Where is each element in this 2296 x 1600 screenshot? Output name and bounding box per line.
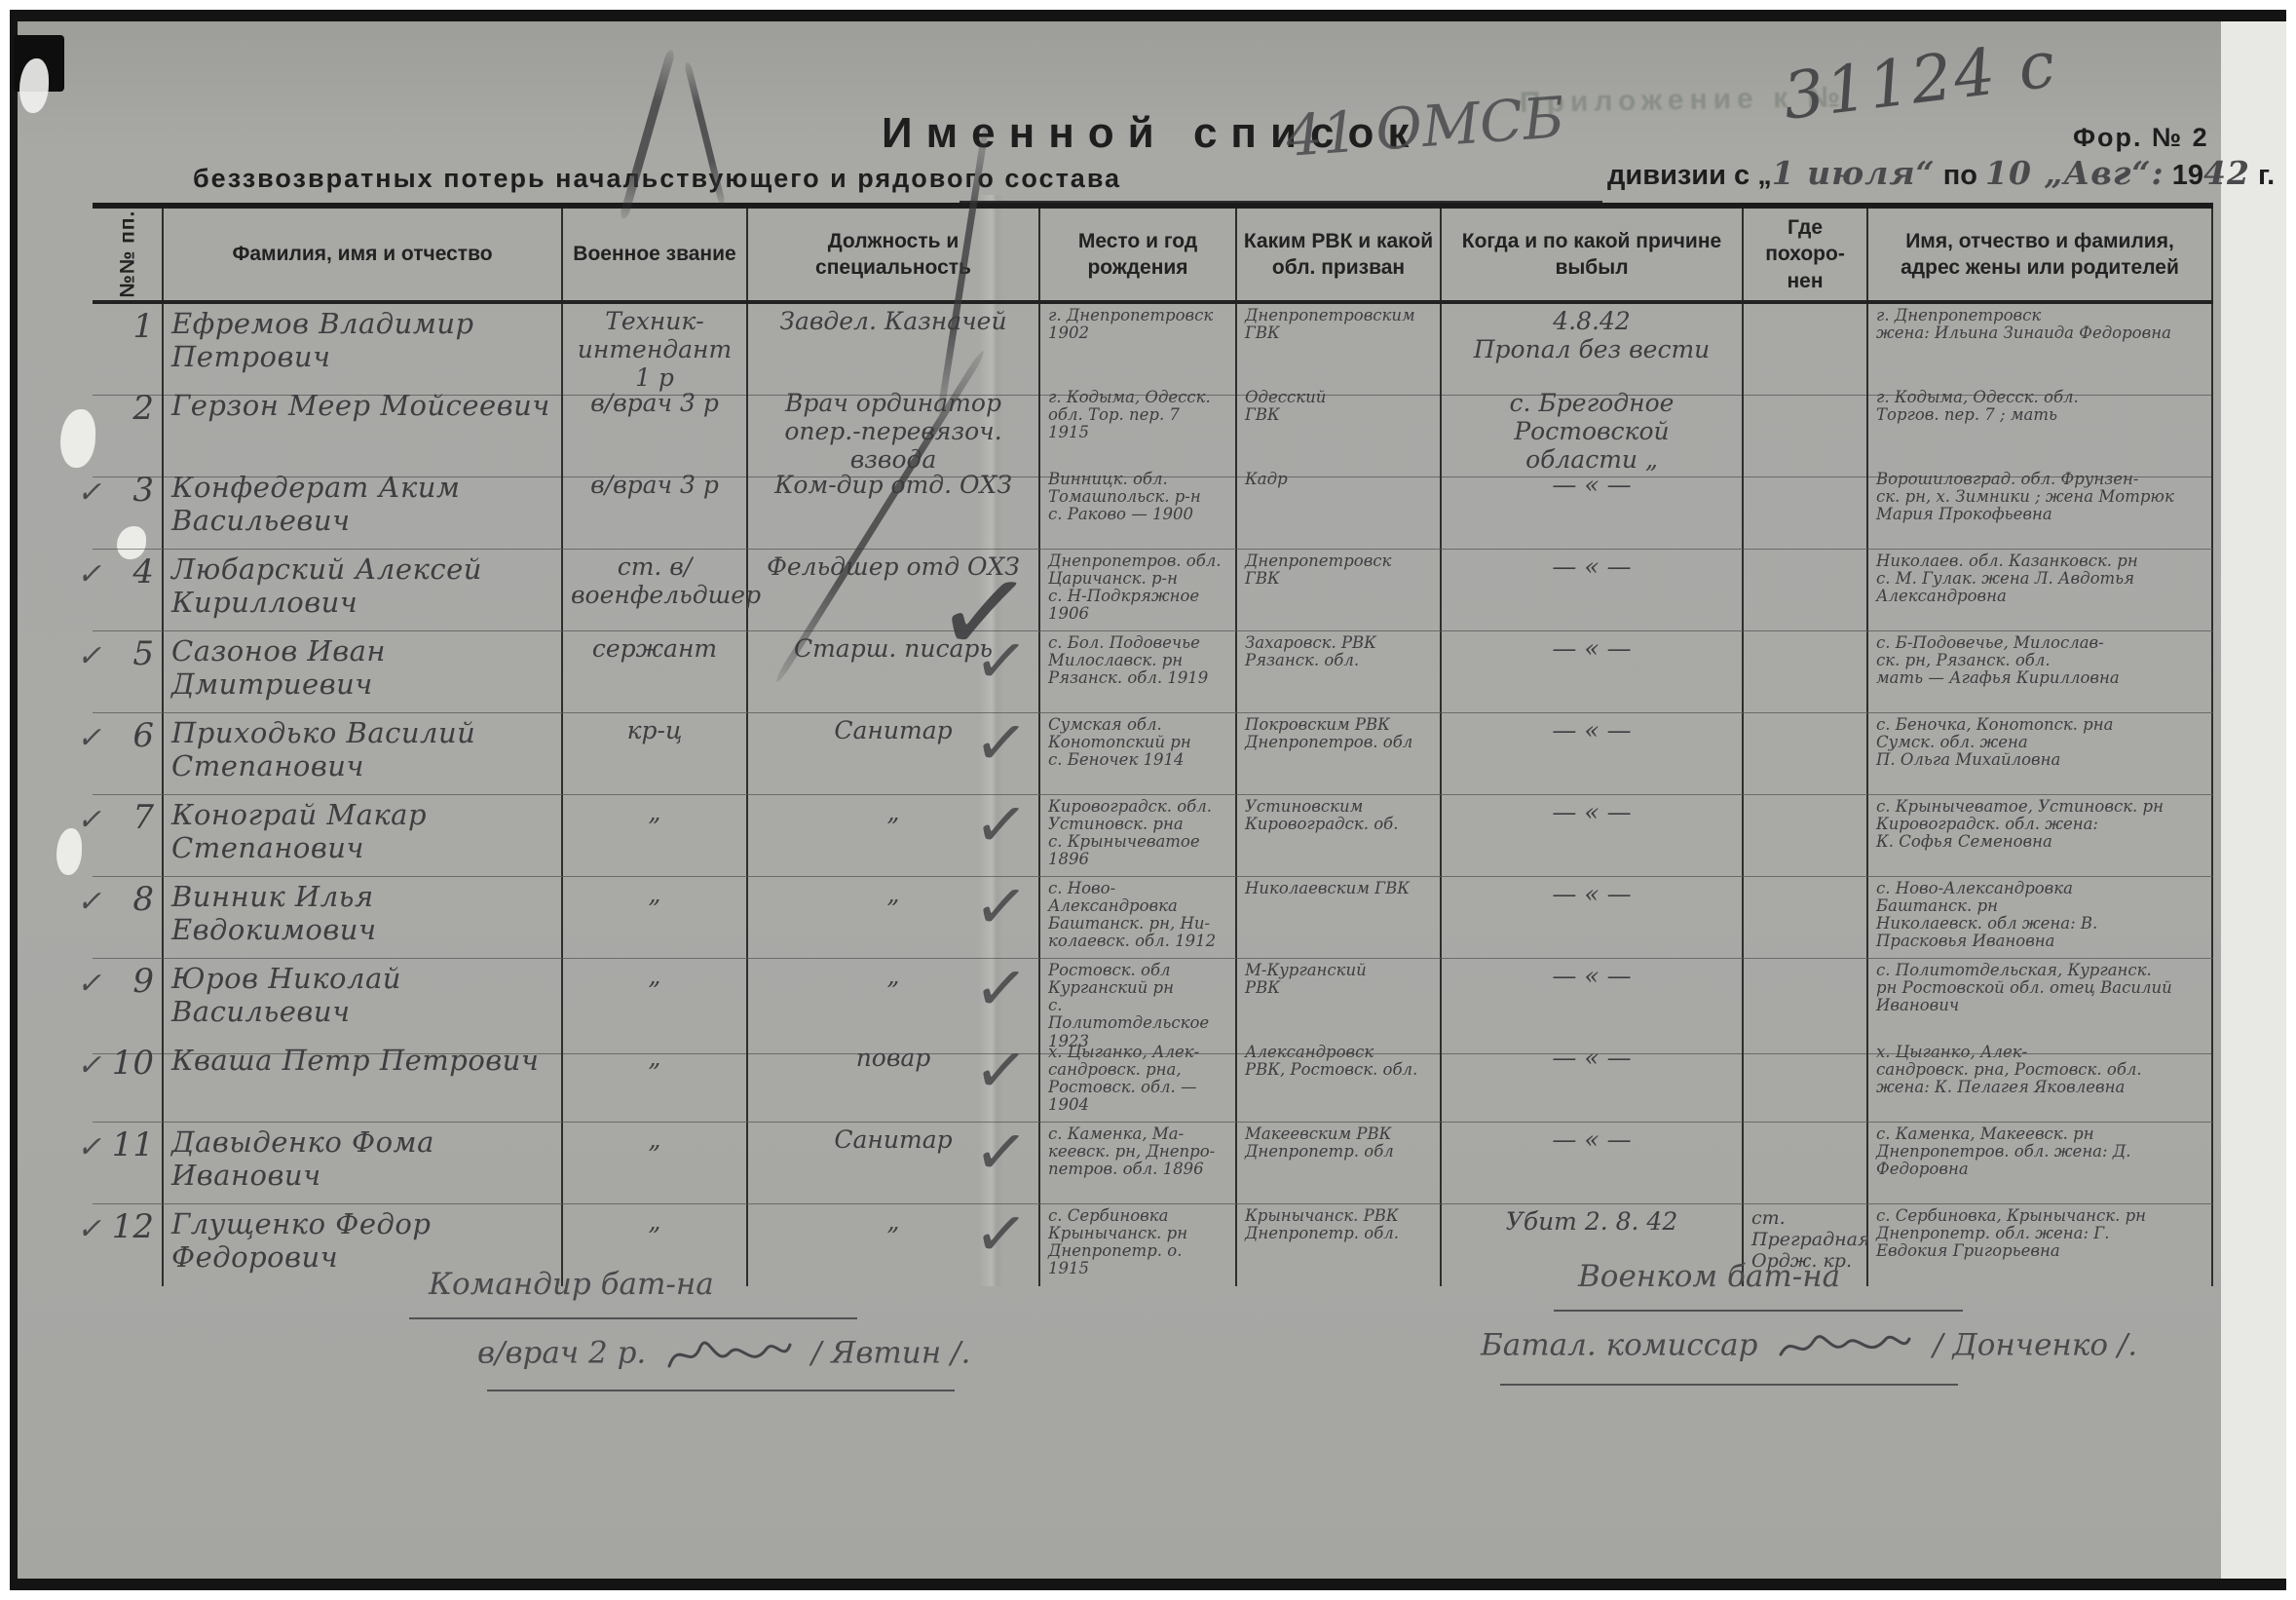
cell-rank: ст. в/военфельдшер: [563, 550, 748, 631]
header-rank: Военное звание: [563, 209, 748, 300]
cell-rank: „: [563, 1041, 748, 1123]
cell-family-address: с. Беночка, Конотопск. рна Сумск. обл. ж…: [1868, 713, 2213, 795]
cell-rank: „: [563, 1123, 748, 1204]
cell-family-address: с. Сербиновка, Крынычанск. рн Днепропетр…: [1868, 1204, 2213, 1286]
cell-name: Конфедерат Аким Васильевич: [164, 468, 563, 550]
cell-family-address: с. Крынычеватое, Устиновск. рн Кировогра…: [1868, 795, 2213, 877]
table-row: ✓1 Ефремов Владимир Петрович Техник-инте…: [93, 304, 2213, 386]
cell-row-number: ✓8: [93, 877, 164, 959]
cell-loss-cause: — « —: [1442, 1041, 1744, 1123]
cell-loss-cause: — « —: [1442, 631, 1744, 713]
cell-burial-place: [1744, 304, 1868, 396]
cell-burial-place: [1744, 468, 1868, 550]
pencil-checkmark: ✓: [970, 948, 1032, 1028]
row-checkmark-icon: ✓: [77, 967, 101, 1001]
cell-birthplace: Кировоградск. обл. Устиновск. рна с. Кры…: [1040, 795, 1237, 877]
pencil-checkmark: ✓: [970, 866, 1032, 946]
header-where: Где похоро- нен: [1744, 209, 1868, 300]
cell-draft-office: Днепропетровск ГВК: [1237, 550, 1442, 631]
cell-birthplace: с. Сербиновка Крынычанск. рн Днепропетр.…: [1040, 1204, 1237, 1286]
left-signature-title: Командир бат-на: [429, 1267, 714, 1302]
period-year-printed: 19: [2172, 160, 2203, 191]
scanned-document-page: { "stamp": { "label": "Приложение к №", …: [0, 0, 2296, 1600]
cell-row-number: ✓2: [93, 386, 164, 477]
cell-loss-cause: — « —: [1442, 877, 1744, 959]
period-to-handwritten: 10 „Авг“:: [1985, 154, 2164, 192]
cell-draft-office: Крынычанск. РВК Днепропетр. обл.: [1237, 1204, 1442, 1286]
cell-family-address: с. Ново-Александровка Баштанск. рн Никол…: [1868, 877, 2213, 959]
row-number: 10: [112, 1044, 154, 1083]
right-signature-title: Военком бат-на: [1578, 1259, 1840, 1294]
pencil-checkmark: ✓: [970, 703, 1032, 782]
signature-underline: [1554, 1310, 1963, 1312]
table-body: ✓1 Ефремов Владимир Петрович Техник-инте…: [93, 304, 2213, 1286]
cell-rank: „: [563, 877, 748, 959]
left-signer-rank: в/врач 2 р.: [477, 1336, 646, 1371]
row-checkmark-icon: ✓: [77, 1212, 101, 1246]
cell-burial-place: [1744, 795, 1868, 877]
cell-draft-office: Макеевским РВК Днепропетр. обл: [1237, 1123, 1442, 1204]
cell-family-address: г. Днепропетровск жена: Ильина Зинаида Ф…: [1868, 304, 2213, 396]
pencil-checkmark: ✓: [970, 1030, 1032, 1110]
cell-name: Кваша Петр Петрович: [164, 1041, 563, 1123]
cell-draft-office: Одесский ГВК: [1237, 386, 1442, 477]
row-checkmark-icon: ✓: [77, 557, 101, 591]
cell-position: Ком-дир отд. ОХЗ: [748, 468, 1040, 550]
cell-position: Завдел. Казначей: [748, 304, 1040, 396]
cell-name: Герзон Меер Мойсеевич: [164, 386, 563, 477]
cell-burial-place: [1744, 1123, 1868, 1204]
cell-draft-office: Александровск РВК, Ростовск. обл.: [1237, 1041, 1442, 1123]
cell-rank: „: [563, 795, 748, 877]
row-number: 2: [132, 389, 154, 428]
table-row: ✓6 Приходько Василий Степанович кр-ц Сан…: [93, 713, 2213, 795]
cell-burial-place: [1744, 550, 1868, 631]
period-from-handwritten: 1 июля“: [1772, 154, 1936, 192]
table-row: ✓5 Сазонов Иван Дмитриевич сержант Старш…: [93, 631, 2213, 713]
header-num: №№ пп.: [93, 209, 164, 300]
row-checkmark-icon: ✓: [77, 1048, 101, 1083]
signature-scribble: [1777, 1325, 1913, 1368]
report-period: дивизии с „1 июля“ по 10 „Авг“: 1942 г.: [1607, 154, 2275, 192]
pencil-checkmark: ✓: [970, 1194, 1032, 1274]
table-row: ✓2 Герзон Меер Мойсеевич в/врач 3 р Врач…: [93, 386, 2213, 468]
row-number: 6: [132, 716, 154, 755]
cell-rank: Техник-интендант 1 р: [563, 304, 748, 396]
cell-rank: в/врач 3 р: [563, 386, 748, 477]
cell-draft-office: Захаровск. РВК Рязанск. обл.: [1237, 631, 1442, 713]
cell-burial-place: [1744, 713, 1868, 795]
header-birth: Место и год рождения: [1040, 209, 1237, 300]
cell-row-number: ✓4: [93, 550, 164, 631]
cell-birthplace: Сумская обл. Конотопский рн с. Беночек 1…: [1040, 713, 1237, 795]
header-name: Фамилия, имя и отчество: [164, 209, 563, 300]
cell-row-number: ✓10: [93, 1041, 164, 1123]
cell-row-number: ✓11: [93, 1123, 164, 1204]
cell-draft-office: Устиновским Кировоградск. об.: [1237, 795, 1442, 877]
row-number: 11: [112, 1125, 154, 1164]
cell-name: Сазонов Иван Дмитриевич: [164, 631, 563, 713]
row-checkmark-icon: ✓: [77, 885, 101, 919]
header-when: Когда и по какой причине выбыл: [1442, 209, 1744, 300]
cell-burial-place: [1744, 1041, 1868, 1123]
cell-family-address: г. Кодыма, Одесск. обл. Торгов. пер. 7 ;…: [1868, 386, 2213, 477]
cell-row-number: ✓6: [93, 713, 164, 795]
cell-birthplace: г. Кодыма, Одесск. обл. Тор. пер. 7 1915: [1040, 386, 1237, 477]
cell-burial-place: [1744, 631, 1868, 713]
table-row: ✓7 Конограй Макар Степанович „ „ Кировог…: [93, 795, 2213, 877]
row-number: 4: [132, 552, 154, 591]
table-header-row: №№ пп. Фамилия, имя и отчество Военное з…: [93, 203, 2213, 304]
right-signer-rank: Батал. комиссар: [1481, 1328, 1757, 1363]
form-number: Фор. № 2: [2073, 123, 2209, 153]
pencil-checkmark: ✓: [970, 1112, 1032, 1192]
signature-underline: [1500, 1384, 1958, 1386]
cell-draft-office: Покровским РВК Днепропетров. обл: [1237, 713, 1442, 795]
cell-family-address: Ворошиловград. обл. Фрунзен- ск. рн, х. …: [1868, 468, 2213, 550]
table-row: ✓8 Винник Илья Евдокимович „ „ с. Ново-А…: [93, 877, 2213, 959]
cell-family-address: х. Цыганко, Алек- сандровск. рна, Ростов…: [1868, 1041, 2213, 1123]
signature-scribble: [665, 1333, 792, 1376]
left-signer-name: / Явтин /.: [811, 1336, 970, 1371]
cell-birthplace: с. Каменка, Ма- кеевск. рн, Днепро- петр…: [1040, 1123, 1237, 1204]
row-checkmark-icon: ✓: [77, 476, 101, 510]
row-number: 5: [132, 634, 154, 673]
row-checkmark-icon: ✓: [77, 639, 101, 673]
signature-underline: [487, 1390, 955, 1391]
period-po: по: [1943, 160, 1977, 191]
cell-rank: в/врач 3 р: [563, 468, 748, 550]
table-row: ✓11 Давыденко Фома Иванович „ Санитар с.…: [93, 1123, 2213, 1204]
cell-row-number: ✓12: [93, 1204, 164, 1286]
table-row: ✓9 Юров Николай Васильевич „ „ Ростовск.…: [93, 959, 2213, 1041]
cell-loss-cause: — « —: [1442, 1123, 1744, 1204]
cell-name: Давыденко Фома Иванович: [164, 1123, 563, 1204]
signature-underline: [409, 1317, 857, 1319]
row-number: 12: [112, 1207, 154, 1246]
row-number: 8: [132, 880, 154, 919]
cell-birthplace: х. Цыганко, Алек- сандровск. рна, Ростов…: [1040, 1041, 1237, 1123]
cell-burial-place: [1744, 386, 1868, 477]
header-position: Должность и специальность: [748, 209, 1040, 300]
casualty-table: №№ пп. Фамилия, имя и отчество Военное з…: [93, 203, 2213, 1286]
period-year-handwritten: 42: [2203, 154, 2250, 192]
period-prefix: дивизии с „: [1607, 160, 1772, 191]
pencil-checkmark: ✓: [970, 784, 1032, 864]
cell-loss-cause: с. Брегодное Ростовской области „: [1442, 386, 1744, 477]
cell-draft-office: Кадр: [1237, 468, 1442, 550]
row-checkmark-icon: ✓: [77, 721, 101, 755]
cell-rank: сержант: [563, 631, 748, 713]
table-row: ✓4 Любарский Алексей Кириллович ст. в/во…: [93, 550, 2213, 631]
row-number: 7: [132, 798, 154, 837]
cell-loss-cause: — « —: [1442, 550, 1744, 631]
cell-loss-cause: — « —: [1442, 713, 1744, 795]
cell-row-number: ✓5: [93, 631, 164, 713]
cell-row-number: ✓7: [93, 795, 164, 877]
right-signer-name: / Донченко /.: [1933, 1328, 2137, 1363]
cell-birthplace: Днепропетров. обл. Царичанск. р-н с. Н-П…: [1040, 550, 1237, 631]
cell-position: Врач ординатор опер.-перевязоч. взвода: [748, 386, 1040, 477]
cell-rank: кр-ц: [563, 713, 748, 795]
row-checkmark-icon: ✓: [77, 803, 101, 837]
table-row: ✓3 Конфедерат Аким Васильевич в/врач 3 р…: [93, 468, 2213, 550]
cell-draft-office: Николаевским ГВК: [1237, 877, 1442, 959]
header-family: Имя, отчество и фамилия, адрес жены или …: [1868, 209, 2213, 300]
period-suffix: г.: [2258, 160, 2275, 191]
cell-name: Конограй Макар Степанович: [164, 795, 563, 877]
row-number: 9: [132, 962, 154, 1001]
cell-birthplace: с. Ново-Александровка Баштанск. рн, Ни- …: [1040, 877, 1237, 959]
cell-family-address: с. Б-Подовечье, Милослав- ск. рн, Рязанс…: [1868, 631, 2213, 713]
left-signature-line: в/врач 2 р. / Явтин /.: [477, 1333, 970, 1376]
header-rvk: Каким РВК и какой обл. призван: [1237, 209, 1442, 300]
cell-loss-cause: — « —: [1442, 795, 1744, 877]
right-signature-line: Батал. комиссар / Донченко /.: [1481, 1325, 2137, 1368]
cell-birthplace: с. Бол. Подовечье Милославск. рн Рязанск…: [1040, 631, 1237, 713]
cell-name: Ефремов Владимир Петрович: [164, 304, 563, 396]
pencil-checkmark: ✓: [970, 621, 1032, 701]
cell-burial-place: [1744, 877, 1868, 959]
paper-right-edge: [2221, 21, 2286, 1579]
table-row: ✓10 Кваша Петр Петрович „ повар х. Цыган…: [93, 1041, 2213, 1123]
cell-loss-cause: — « —: [1442, 468, 1744, 550]
cell-row-number: ✓1: [93, 304, 164, 396]
row-checkmark-icon: ✓: [77, 1130, 101, 1164]
row-number: 1: [132, 307, 154, 346]
cell-name: Приходько Василий Степанович: [164, 713, 563, 795]
cell-loss-cause: 4.8.42 Пропал без вести: [1442, 304, 1744, 396]
cell-family-address: Николаев. обл. Казанковск. рн с. М. Гула…: [1868, 550, 2213, 631]
cell-name: Винник Илья Евдокимович: [164, 877, 563, 959]
cell-name: Любарский Алексей Кириллович: [164, 550, 563, 631]
cell-birthplace: Винницк. обл. Томашпольск. р-н с. Раково…: [1040, 468, 1237, 550]
cell-birthplace: г. Днепропетровск 1902: [1040, 304, 1237, 396]
cell-row-number: ✓3: [93, 468, 164, 550]
row-number: 3: [132, 471, 154, 510]
cell-family-address: с. Каменка, Макеевск. рн Днепропетров. о…: [1868, 1123, 2213, 1204]
table-row: ✓12 Глущенко Федор Федорович „ „ с. Серб…: [93, 1204, 2213, 1286]
cell-draft-office: Днепропетровским ГВК: [1237, 304, 1442, 396]
